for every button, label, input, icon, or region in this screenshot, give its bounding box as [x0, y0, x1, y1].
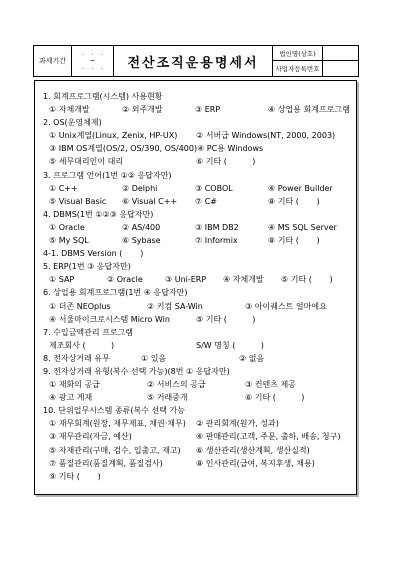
line-segment: ④ Power Builder	[268, 182, 341, 195]
line-segment: ③ 컨텐츠 제공	[245, 378, 343, 391]
option-line: ① 재화의 공급② 서비스의 공급③ 컨텐츠 제공	[35, 378, 356, 391]
line-segment: ④ 판매관리(고객, 주문, 출하, 배송, 청구)	[196, 430, 343, 443]
question-line: 1. 회계프로그램(시스템) 사용현황	[35, 90, 356, 103]
line-segment: ② 없음	[239, 352, 337, 365]
option-line: ⑨ 기타 ( )	[35, 470, 356, 483]
line-segment: ③ IBM DB2	[195, 221, 268, 234]
question-line: 8. 전자상거래 유무① 있음② 없음	[35, 352, 356, 365]
line-segment: ⑦ C#	[195, 195, 268, 208]
corp-name-value	[323, 46, 358, 61]
line-segment: ④ 광고 게재	[49, 391, 147, 404]
line-segment: 1. 회계프로그램(시스템) 사용현황	[43, 90, 162, 103]
option-line: ⑤ 세무대리인이 대리⑥ 기타 ( )	[35, 155, 356, 168]
line-segment: ② AS/400	[122, 221, 195, 234]
option-line: ① 자체개발② 외주개발③ ERP④ 상업용 회계프로그램	[35, 103, 356, 116]
question-line: 3. 프로그램 언어(1번 ①② 응답자만)	[35, 169, 356, 182]
line-segment: ③ ERP	[195, 103, 268, 116]
line-segment: 6. 상업용 회계프로그램(1번 ④ 응답자만)	[43, 286, 188, 299]
line-segment: ⑤ 자재관리(구매, 검수, 입출고, 재고)	[49, 444, 196, 457]
line-segment: ④ MS SQL Server	[268, 221, 341, 234]
line-segment: ② 외주개발	[122, 103, 195, 116]
question-line: 7. 수입금액관리 프로그램	[35, 326, 356, 339]
line-segment: ③ Uni-ERP	[165, 273, 223, 286]
question-line: 4-1. DBMS Version ( )	[35, 247, 356, 260]
line-segment: ⑤ 기타 ( )	[196, 313, 343, 326]
tax-period-label: 과세기간	[34, 46, 72, 76]
line-segment: ② 키컴 SA-Win	[147, 300, 245, 313]
biz-reg-number-value	[323, 61, 358, 76]
line-segment: 10. 단위업무시스템 종류(복수 선택 가능	[43, 404, 185, 417]
line-segment: 7. 수입금액관리 프로그램	[43, 326, 133, 339]
line-segment: 3. 프로그램 언어(1번 ①② 응답자만)	[43, 169, 172, 182]
period-to: . . .	[82, 65, 103, 71]
line-segment: ③ 재무관리(자금, 예산)	[49, 430, 196, 443]
option-line: ④ 광고 게재⑤ 거래중개⑥ 기타 ( )	[35, 391, 356, 404]
line-segment: ③ 아이퀘스트 얼마에요	[245, 300, 343, 313]
question-line: 6. 상업용 회계프로그램(1번 ④ 응답자만)	[35, 286, 356, 299]
option-line: ① C++② Delphi③ COBOL④ Power Builder	[35, 182, 356, 195]
tax-period-dates: . . . ~ . . .	[72, 46, 114, 76]
line-segment: ⑤ 세무대리인이 대리	[49, 155, 196, 168]
line-segment: ① 재무회계(원장, 재무제표, 채권·채무)	[49, 417, 196, 430]
questionnaire-box: 1. 회계프로그램(시스템) 사용현황① 자체개발② 외주개발③ ERP④ 상업…	[34, 80, 357, 495]
document-page: 과세기간 . . . ~ . . . 전산조직운용명세서 법인명(상호) 사업자…	[0, 0, 400, 565]
option-line: ① 재무회계(원장, 재무제표, 채권·채무)② 관리회계(원가, 성과)	[35, 417, 356, 430]
form-lines: 1. 회계프로그램(시스템) 사용현황① 자체개발② 외주개발③ ERP④ 상업…	[35, 81, 356, 483]
line-segment: ④ PC용 Windows	[197, 142, 344, 155]
line-segment: 4. DBMS(1번 ①②③ 응답자만)	[43, 208, 153, 221]
line-segment: ④ 서울마이크로시스템 Micro Win	[49, 313, 196, 326]
option-line: ① SAP② Oracle③ Uni-ERP④ 자체개발⑤ 기타 ( )	[35, 273, 356, 286]
line-segment: 2. OS(운영체제)	[43, 116, 102, 129]
line-segment: ① 있음	[141, 352, 239, 365]
line-segment: ① Unix계열(Linux, Zenix, HP-UX)	[49, 129, 196, 142]
line-segment: ⑨ 기타 ( )	[49, 470, 101, 483]
line-segment: ② 서비스의 공급	[147, 378, 245, 391]
line-segment: ① SAP	[49, 273, 107, 286]
question-line: 2. OS(운영체제)	[35, 116, 356, 129]
option-line: ① Oracle② AS/400③ IBM DB2④ MS SQL Server	[35, 221, 356, 234]
line-segment: ⑥ 기타 ( )	[245, 391, 343, 404]
line-segment: ⑦ Informix	[195, 234, 268, 247]
option-line: ⑤ Visual Basic⑥ Visual C++⑦ C#⑧ 기타 ( )	[35, 195, 356, 208]
line-segment: ⑦ 품질관리(품질계획, 품질검사)	[49, 457, 196, 470]
corp-name-label: 법인명(상호)	[273, 46, 323, 61]
line-segment: S/W 명칭 ( )	[196, 339, 343, 352]
line-segment: ⑤ Visual Basic	[49, 195, 122, 208]
line-segment: ① 재화의 공급	[49, 378, 147, 391]
line-segment: 제조회사 ( )	[49, 339, 196, 352]
form-title: 전산조직운용명세서	[114, 46, 273, 76]
question-line: 9. 전자상거래 유형(복수 선택 가능)(8번 ① 응답자만)	[35, 365, 356, 378]
biz-reg-number-label: 사업자등록번호	[273, 61, 323, 76]
option-line: 제조회사 ( )S/W 명칭 ( )	[35, 339, 356, 352]
line-segment: ⑧ 기타 ( )	[268, 234, 341, 247]
question-line: 10. 단위업무시스템 종류(복수 선택 가능	[35, 404, 356, 417]
option-line: ③ IBM OS계열(OS/2, OS/390, OS/400)④ PC용 Wi…	[35, 142, 356, 155]
line-segment: ② 관리회계(원가, 성과)	[196, 417, 343, 430]
line-segment: ⑥ Visual C++	[122, 195, 195, 208]
header-table: 과세기간 . . . ~ . . . 전산조직운용명세서 법인명(상호) 사업자…	[33, 45, 359, 77]
option-line: ① Unix계열(Linux, Zenix, HP-UX)② 서버급 Windo…	[35, 129, 356, 142]
line-segment: 9. 전자상거래 유형(복수 선택 가능)(8번 ① 응답자만)	[43, 365, 230, 378]
option-line: ⑤ 자재관리(구매, 검수, 입출고, 재고)⑥ 생산관리(생산계획, 생산실적…	[35, 444, 356, 457]
line-segment: ④ 상업용 회계프로그램	[268, 103, 350, 116]
line-segment: ⑤ 기타 ( )	[281, 273, 339, 286]
option-line: ④ 서울마이크로시스템 Micro Win⑤ 기타 ( )	[35, 313, 356, 326]
line-segment: ③ COBOL	[195, 182, 268, 195]
option-line: ③ 재무관리(자금, 예산)④ 판매관리(고객, 주문, 출하, 배송, 청구)	[35, 430, 356, 443]
question-line: 4. DBMS(1번 ①②③ 응답자만)	[35, 208, 356, 221]
line-segment: ⑥ 기타 ( )	[196, 155, 343, 168]
line-segment: ② Oracle	[107, 273, 165, 286]
question-line: 5. ERP(1번 ③ 응답자만)	[35, 260, 356, 273]
line-segment: ① C++	[49, 182, 122, 195]
option-line: ⑦ 품질관리(품질계획, 품질검사)⑧ 인사관리(급여, 복지후생, 채용)	[35, 457, 356, 470]
line-segment: ⑥ Sybase	[122, 234, 195, 247]
line-segment: ① 더존 NEOplus	[49, 300, 147, 313]
line-segment: ① Oracle	[49, 221, 122, 234]
line-segment: ④ 자체개발	[223, 273, 281, 286]
line-segment: ② 서버급 Windows(NT, 2000, 2003)	[196, 129, 343, 142]
line-segment: ⑧ 기타 ( )	[268, 195, 341, 208]
line-segment: ⑥ 생산관리(생산계획, 생산실적)	[196, 444, 343, 457]
line-segment: 8. 전자상거래 유무	[43, 352, 141, 365]
line-segment: ⑤ 거래중개	[147, 391, 245, 404]
line-segment: 4-1. DBMS Version ( )	[43, 247, 143, 260]
option-line: ⑤ My SQL⑥ Sybase⑦ Informix⑧ 기타 ( )	[35, 234, 356, 247]
line-segment: ⑧ 인사관리(급여, 복지후생, 채용)	[196, 457, 343, 470]
line-segment: ② Delphi	[122, 182, 195, 195]
line-segment: ① 자체개발	[49, 103, 122, 116]
line-segment: 5. ERP(1번 ③ 응답자만)	[43, 260, 131, 273]
line-segment: ⑤ My SQL	[49, 234, 122, 247]
line-segment: ③ IBM OS계열(OS/2, OS/390, OS/400)	[49, 142, 197, 155]
option-line: ① 더존 NEOplus② 키컴 SA-Win③ 아이퀘스트 얼마에요	[35, 300, 356, 313]
